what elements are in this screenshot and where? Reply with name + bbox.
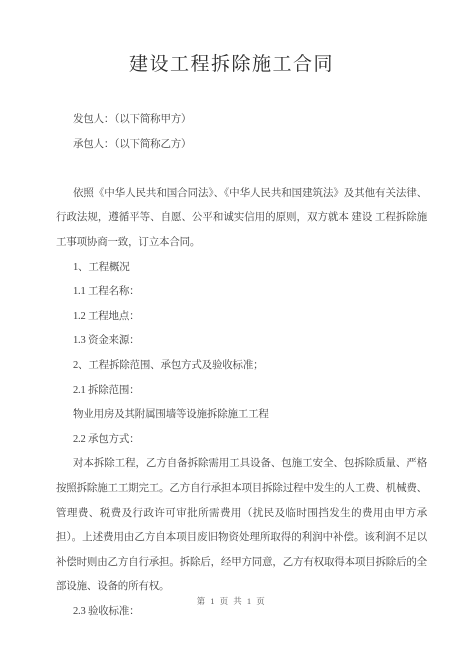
- clause-1-heading: 1、工程概况: [56, 256, 427, 281]
- clause-2-1-body-line: 物业用房及其附属围墙等设施拆除施工工程: [56, 403, 427, 428]
- document-body: 发包人：（以下简称甲方） 承包人：（以下简称乙方） 依照《中华人民共和国合同法》…: [56, 108, 427, 624]
- blank-line: [56, 157, 427, 182]
- clause-2-2-body-paragraph: 对本拆除工程，乙方自备拆除需用工具设备、包施工安全、包拆除质量、严格按照拆除施工…: [56, 452, 427, 600]
- party-a-line: 发包人：（以下简称甲方）: [56, 108, 427, 133]
- clause-2-2-line: 2.2 承包方式：: [56, 428, 427, 453]
- preamble-paragraph: 依照《中华人民共和国合同法》、《中华人民共和国建筑法》及其他有关法律、行政法规，…: [56, 182, 427, 256]
- clause-2-1-line: 2.1 拆除范围：: [56, 379, 427, 404]
- party-b-line: 承包人：（以下简称乙方）: [56, 133, 427, 158]
- clause-1-2-line: 1.2 工程地点：: [56, 305, 427, 330]
- contract-document-page: 建设工程拆除施工合同 发包人：（以下简称甲方） 承包人：（以下简称乙方） 依照《…: [0, 0, 463, 655]
- clause-2-heading: 2、工程拆除范围、承包方式及验收标准；: [56, 354, 427, 379]
- clause-1-3-line: 1.3 资金来源：: [56, 329, 427, 354]
- clause-1-1-line: 1.1 工程名称：: [56, 280, 427, 305]
- page-number-indicator: 第 1 页 共 1 页: [0, 595, 463, 607]
- document-title: 建设工程拆除施工合同: [0, 54, 463, 76]
